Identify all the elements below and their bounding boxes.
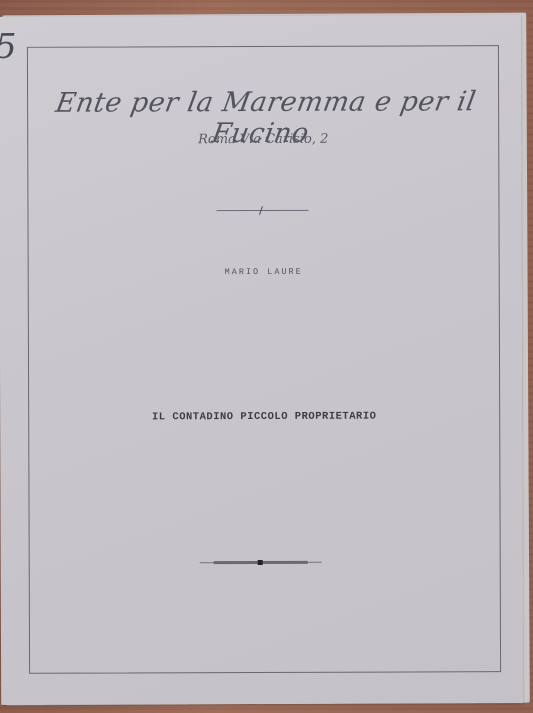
- page-border-frame: Ente per la Maremma e per il Fucino Roma…: [27, 45, 501, 674]
- divider-tick: [259, 206, 263, 215]
- divider-rule: [216, 210, 308, 211]
- ornament-dot: [258, 560, 263, 565]
- organization-address: Roma Via Carisio, 2: [28, 131, 498, 148]
- document-title: IL CONTADINO PICCOLO PROPRIETARIO: [29, 410, 499, 424]
- author-name: MARIO LAURE: [29, 266, 499, 278]
- ornament-rule: [200, 561, 322, 564]
- document-page: 5 Ente per la Maremma e per il Fucino Ro…: [0, 15, 523, 705]
